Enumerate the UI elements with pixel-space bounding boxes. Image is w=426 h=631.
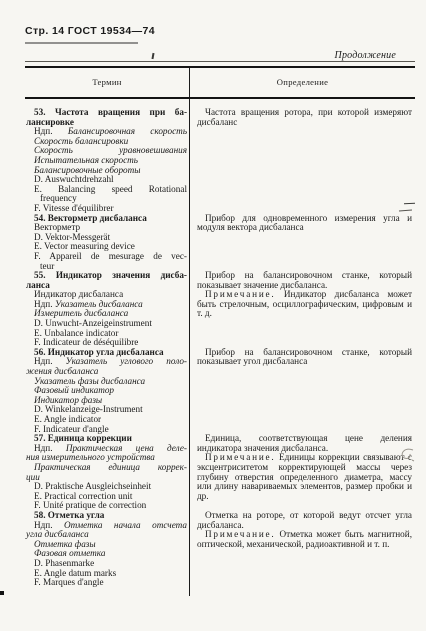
term-cell: 57. Единица коррекцииНдп. Практическая ц… [25,434,190,511]
definition-cell: Частота вращения ротора, при которой изм… [190,99,415,214]
table-header-row: Термин Определение [25,68,415,99]
term-cell: 55. Индикатор значения дисба-лансаИндика… [25,271,190,348]
table-row: 54. Векторметр дисбалансаВекторметрD. Ve… [25,214,415,272]
definition-text: Единица, соответствующая цене деления ин… [197,434,412,453]
table-row: 58. Отметка углаНдп. Отметка начала отсч… [25,511,415,596]
ndp-label: Ндп. [34,443,66,453]
term-line: F. Marques d'angle [26,578,187,588]
continuation-label: Продолжение [335,50,396,61]
term-line: Практическая единица коррек- [26,463,187,473]
definition-note: Примечание. Отметка может быть магнитной… [197,530,412,549]
term-cell: 54. Векторметр дисбалансаВекторметрD. Ve… [25,214,190,272]
scan-artifact-edge-mark [0,591,4,595]
table-top-thin-rule [25,61,415,62]
term-cell: 56. Индикатор угла дисбалансаНдп. Указат… [25,348,190,434]
scan-artifact-tick [151,53,154,59]
ndp-label: Ндп. [34,356,66,366]
definition-cell: Прибор для одновременного измерения угла… [190,214,415,272]
definition-text: Прибор на балансировочном станке, которы… [197,271,412,290]
definition-note: Примечание. Единицы коррекции связывают … [197,453,412,501]
terms-table: Термин Определение 53. Частота вращения … [25,66,415,596]
page-header: Стр. 14 ГОСТ 19534—74 [25,25,155,37]
table-row: 53. Частота вращения при ба-лансировкеНд… [25,99,415,214]
note-label: Примечание. [205,529,276,539]
table-row: 55. Индикатор значения дисба-лансаИндика… [25,271,415,348]
table-body: 53. Частота вращения при ба-лансировкеНд… [25,99,415,596]
table-row: 57. Единица коррекцииНдп. Практическая ц… [25,434,415,511]
definition-cell: Отметка на роторе, от которой ведут отсч… [190,511,415,596]
definition-text: Частота вращения ротора, при которой изм… [197,108,412,127]
table-row: 56. Индикатор угла дисбалансаНдп. Указат… [25,348,415,434]
ndp-label: Ндп. [34,520,64,530]
term-cell: 53. Частота вращения при ба-лансировкеНд… [25,99,190,214]
note-label: Примечание. [205,452,276,462]
ndp-label: Ндп. [34,126,68,136]
definition-text: Отметка на роторе, от которой ведут отсч… [197,511,412,530]
definition-cell: Единица, соответствующая цене деления ин… [190,434,415,511]
definition-text: Прибор для одновременного измерения угла… [197,214,412,233]
column-header-term: Термин [25,68,190,97]
note-label: Примечание. [205,289,276,299]
term-line: 55. Индикатор значения дисба- [26,271,187,281]
column-header-definition: Определение [190,68,415,97]
definition-note: Примечание. Индикатор дисбаланса может б… [197,290,412,319]
definition-cell: Прибор на балансировочном станке, которы… [190,348,415,434]
page-header-rule [25,39,138,41]
ndp-label: Ндп. [34,299,55,309]
definition-text: Прибор на балансировочном станке, которы… [197,348,412,367]
scan-artifact-squiggle [397,447,419,465]
term-cell: 58. Отметка углаНдп. Отметка начала отсч… [25,511,190,596]
definition-cell: Прибор на балансировочном станке, которы… [190,271,415,348]
